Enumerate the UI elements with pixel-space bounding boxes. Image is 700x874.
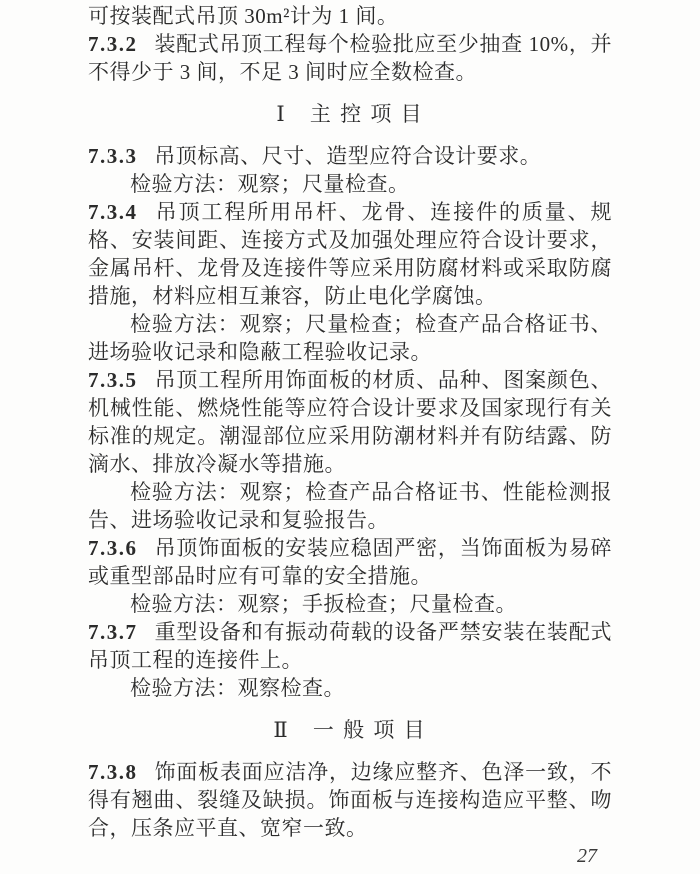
- section-number: 7.3.7: [88, 620, 138, 644]
- section-heading-main-control: Ⅰ主 控 项 目: [88, 100, 612, 128]
- section-7-3-6: 7.3.6吊顶饰面板的安装应稳固严密，当饰面板为易碎或重型部品时应有可靠的安全措…: [88, 534, 612, 590]
- section-number: 7.3.6: [88, 536, 138, 560]
- inspection-method-7-3-6: 检验方法：观察；手扳检查；尺量检查。: [88, 590, 612, 618]
- heading-numeral: Ⅱ: [273, 718, 287, 742]
- section-7-3-3: 7.3.3吊顶标高、尺寸、造型应符合设计要求。: [88, 142, 612, 170]
- document-page: 可按装配式吊顶 30m²计为 1 间。 7.3.2装配式吊顶工程每个检验批应至少…: [0, 0, 700, 874]
- section-text: 吊顶饰面板的安装应稳固严密，当饰面板为易碎或重型部品时应有可靠的安全措施。: [88, 536, 612, 588]
- section-7-3-7: 7.3.7重型设备和有振动荷载的设备严禁安装在装配式吊顶工程的连接件上。: [88, 618, 612, 674]
- text-block: 可按装配式吊顶 30m²计为 1 间。 7.3.2装配式吊顶工程每个检验批应至少…: [88, 2, 612, 842]
- section-number: 7.3.3: [88, 144, 138, 168]
- inspection-method-7-3-4: 检验方法：观察；尺量检查；检查产品合格证书、进场验收记录和隐蔽工程验收记录。: [88, 310, 612, 366]
- heading-numeral: Ⅰ: [276, 102, 284, 126]
- method-text: 检验方法：观察检查。: [130, 676, 345, 700]
- method-text: 检验方法：观察；检查产品合格证书、性能检测报告、进场验收记录和复验报告。: [88, 480, 612, 532]
- section-heading-general: Ⅱ一 般 项 目: [88, 716, 612, 744]
- section-text: 吊顶工程所用饰面板的材质、品种、图案颜色、机械性能、燃烧性能等应符合设计要求及国…: [88, 368, 612, 476]
- heading-title: 主 控 项 目: [310, 102, 424, 126]
- section-7-3-5: 7.3.5吊顶工程所用饰面板的材质、品种、图案颜色、机械性能、燃烧性能等应符合设…: [88, 366, 612, 478]
- section-number: 7.3.8: [88, 760, 138, 784]
- method-text: 检验方法：观察；尺量检查；检查产品合格证书、进场验收记录和隐蔽工程验收记录。: [88, 312, 612, 364]
- section-text: 重型设备和有振动荷载的设备严禁安装在装配式吊顶工程的连接件上。: [88, 620, 612, 672]
- section-number: 7.3.2: [88, 32, 138, 56]
- heading-title: 一 般 项 目: [313, 718, 427, 742]
- section-text: 装配式吊顶工程每个检验批应至少抽查 10%，并不得少于 3 间，不足 3 间时应…: [88, 32, 612, 84]
- carryover-text: 可按装配式吊顶 30m²计为 1 间。: [88, 4, 398, 28]
- section-7-3-4: 7.3.4吊顶工程所用吊杆、龙骨、连接件的质量、规格、安装间距、连接方式及加强处…: [88, 198, 612, 310]
- method-text: 检验方法：观察；手扳检查；尺量检查。: [130, 592, 517, 616]
- page-number: 27: [577, 845, 597, 868]
- inspection-method-7-3-3: 检验方法：观察；尺量检查。: [88, 170, 612, 198]
- method-text: 检验方法：观察；尺量检查。: [130, 172, 410, 196]
- section-number: 7.3.4: [88, 200, 138, 224]
- carryover-paragraph: 可按装配式吊顶 30m²计为 1 间。: [88, 2, 612, 30]
- section-7-3-8: 7.3.8饰面板表面应洁净，边缘应整齐、色泽一致，不得有翘曲、裂缝及缺损。饰面板…: [88, 758, 612, 842]
- section-number: 7.3.5: [88, 368, 138, 392]
- inspection-method-7-3-5: 检验方法：观察；检查产品合格证书、性能检测报告、进场验收记录和复验报告。: [88, 478, 612, 534]
- section-text: 吊顶标高、尺寸、造型应符合设计要求。: [154, 144, 541, 168]
- section-7-3-2: 7.3.2装配式吊顶工程每个检验批应至少抽查 10%，并不得少于 3 间，不足 …: [88, 30, 612, 86]
- section-text: 吊顶工程所用吊杆、龙骨、连接件的质量、规格、安装间距、连接方式及加强处理应符合设…: [88, 200, 612, 308]
- inspection-method-7-3-7: 检验方法：观察检查。: [88, 674, 612, 702]
- section-text: 饰面板表面应洁净，边缘应整齐、色泽一致，不得有翘曲、裂缝及缺损。饰面板与连接构造…: [88, 760, 612, 840]
